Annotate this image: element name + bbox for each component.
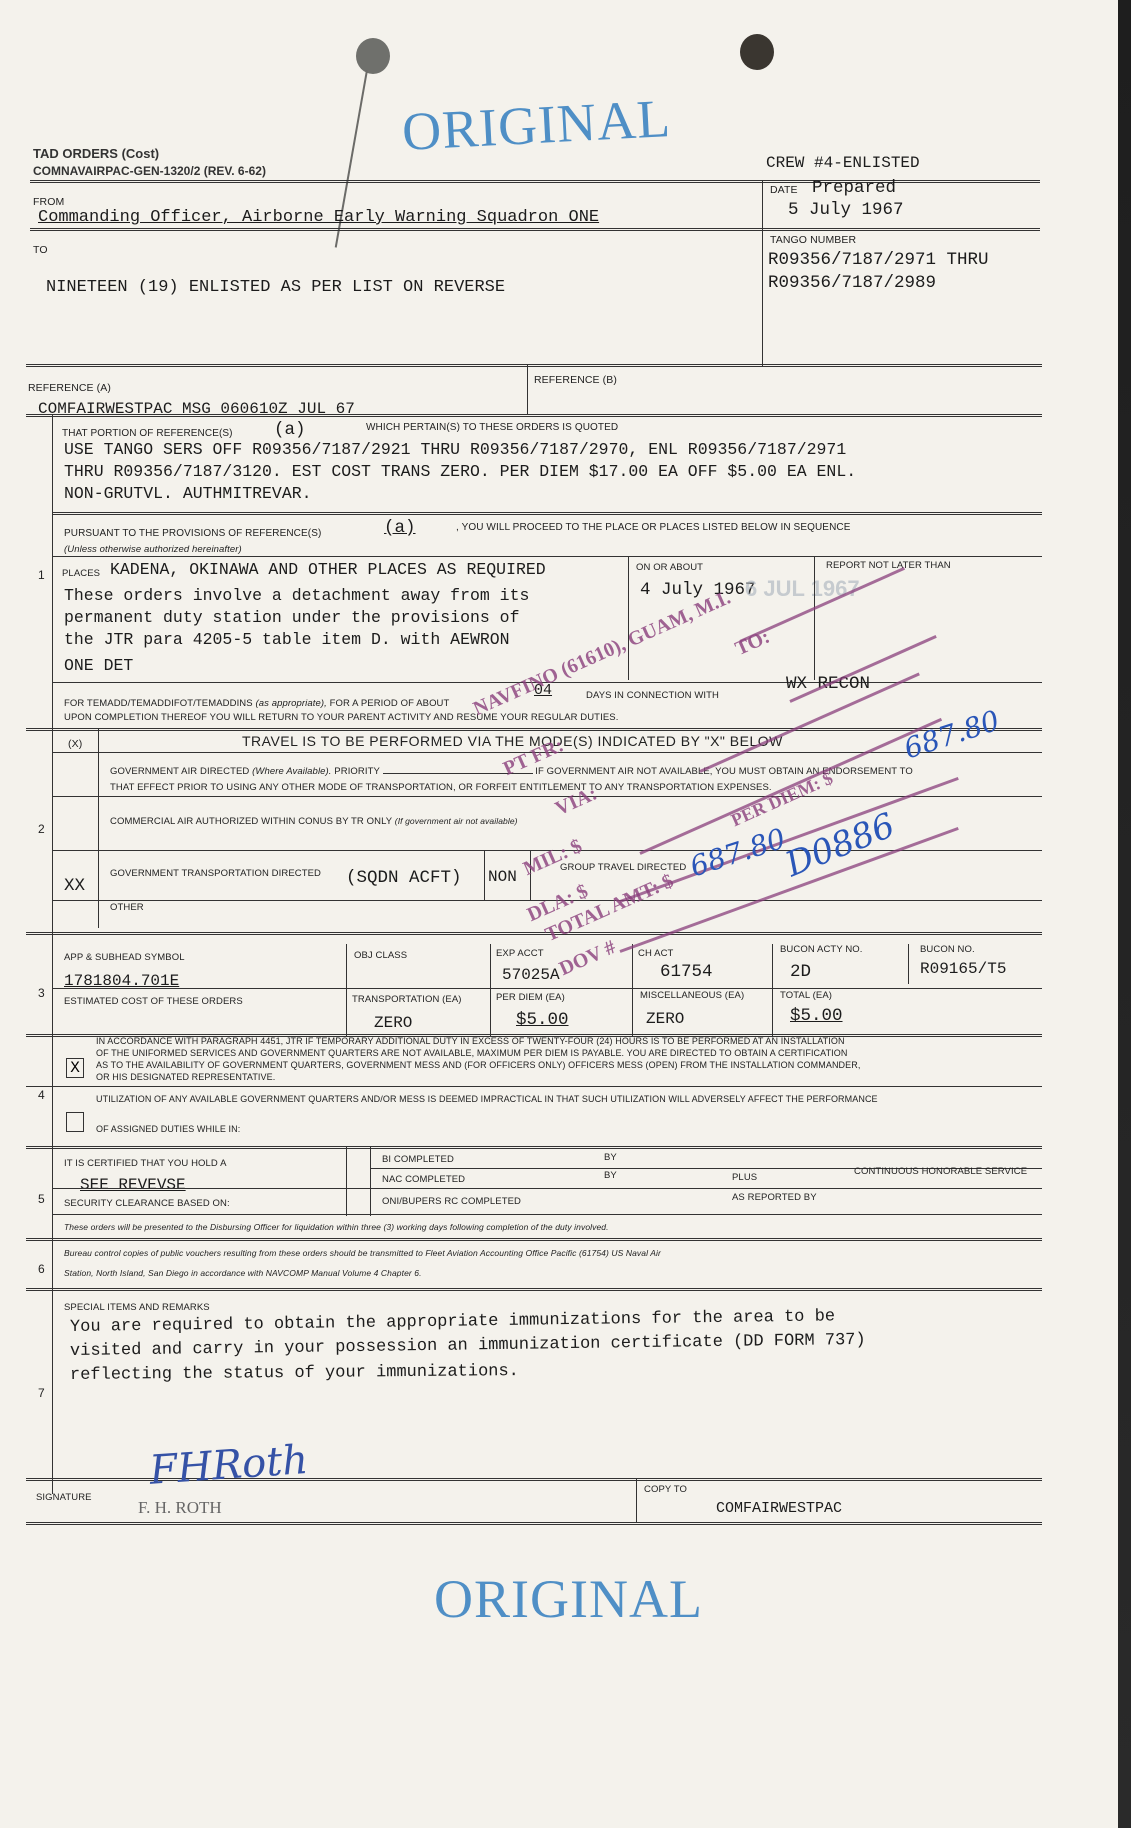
rule-acct bbox=[52, 988, 1042, 989]
other-label: OTHER bbox=[110, 902, 144, 913]
places-line2: These orders involve a detachment away f… bbox=[64, 586, 529, 605]
priority-label: PRIORITY bbox=[334, 766, 380, 777]
misc-label: MISCELLANEOUS (ea) bbox=[640, 990, 744, 1001]
rule-period bbox=[26, 728, 1042, 731]
handwritten-signature: FHRoth bbox=[148, 1437, 309, 1494]
period-label-text-c: FOR A PERIOD OF ABOUT bbox=[330, 698, 450, 709]
divider-report bbox=[814, 556, 815, 680]
divider-section5b bbox=[370, 1146, 371, 1216]
bucon-no-value: R09165/T5 bbox=[920, 960, 1006, 978]
para1-line1: IN ACCORDANCE WITH PARAGRAPH 4451, JTR I… bbox=[96, 1036, 845, 1046]
exp-value: 57025A bbox=[502, 966, 560, 984]
certified-value: SEE REVEVSE bbox=[80, 1176, 186, 1194]
commercial-note: (If government air not available) bbox=[395, 816, 518, 826]
rule-section4-end bbox=[26, 1146, 1042, 1149]
on-or-about-label: ON OR ABOUT bbox=[636, 562, 703, 573]
clearance-label: SECURITY CLEARANCE BASED ON: bbox=[64, 1198, 230, 1209]
divider-on-or-about bbox=[628, 556, 629, 680]
total-label: TOTAL (ea) bbox=[780, 990, 832, 1001]
ch-value: 61754 bbox=[660, 962, 713, 982]
plus-label: PLUS bbox=[732, 1172, 757, 1183]
handwritten-per-diem: 687.80 bbox=[900, 704, 1003, 766]
reported-by-label: AS REPORTED BY bbox=[732, 1192, 817, 1203]
gov-trans-mark: XX bbox=[64, 876, 85, 896]
x-column-header: (X) bbox=[68, 738, 82, 750]
rule-travel-end bbox=[26, 932, 1042, 935]
handwritten-dov: D0886 bbox=[780, 805, 900, 885]
divider-section5 bbox=[346, 1146, 347, 1216]
ch-label: CH ACT bbox=[638, 948, 673, 959]
para1-line2: OF THE UNIFORMED SERVICES AND GOVERNMENT… bbox=[96, 1048, 848, 1058]
by-label-2: BY bbox=[604, 1170, 617, 1181]
impractical-checkbox[interactable] bbox=[66, 1112, 84, 1132]
gov-air-label: GOVERNMENT AIR DIRECTED bbox=[110, 766, 249, 777]
stamp-dov: DOV # bbox=[556, 936, 619, 981]
from-label: FROM bbox=[33, 196, 64, 208]
divider-bucon-acty bbox=[772, 944, 773, 1036]
rule-section5-end bbox=[26, 1238, 1042, 1241]
report-not-later-label: REPORT NOT LATER THAN bbox=[826, 560, 951, 571]
remarks-line3: reflecting the status of your immunizati… bbox=[70, 1362, 519, 1385]
section-number-1: 1 bbox=[38, 568, 45, 582]
transport-label: TRANSPORTATION (ea) bbox=[352, 994, 462, 1005]
certified-label: IT IS CERTIFIED THAT YOU HOLD A bbox=[64, 1158, 227, 1169]
remarks-label: SPECIAL ITEMS AND REMARKS bbox=[64, 1302, 210, 1313]
gov-air-note: (Where Available). bbox=[252, 766, 331, 777]
period-label-a: FOR TEMADD/TEMADDIFOT/TEMADDINS (as appr… bbox=[64, 698, 449, 709]
para2-line1: UTILIZATION OF ANY AVAILABLE GOVERNMENT … bbox=[96, 1094, 878, 1104]
copy-to-label: COPY TO bbox=[644, 1484, 687, 1495]
punch-hole-right bbox=[740, 34, 774, 70]
places-label: PLACES bbox=[62, 568, 100, 579]
to-value: NINETEEN (19) ENLISTED AS PER LIST ON RE… bbox=[46, 278, 505, 297]
remarks-line2: visited and carry in your possession an … bbox=[70, 1331, 866, 1361]
date-line1: Prepared bbox=[812, 178, 896, 198]
section6-line1: Bureau control copies of public vouchers… bbox=[64, 1248, 661, 1258]
divider-x-col bbox=[98, 728, 99, 928]
misc-value: ZERO bbox=[646, 1010, 684, 1028]
section-number-2: 2 bbox=[38, 822, 45, 836]
form-number: COMNAVAIRPAC-GEN-1320/2 (REV. 6-62) bbox=[33, 164, 266, 178]
reference-a-label: REFERENCE (a) bbox=[28, 382, 111, 394]
rule-quoted bbox=[52, 512, 1042, 515]
transport-value: ZERO bbox=[374, 1014, 412, 1032]
quarters-cert-checkbox[interactable]: X bbox=[66, 1058, 84, 1078]
quoted-line1: USE TANGO SERS OFF R09356/7187/2921 THRU… bbox=[64, 440, 846, 459]
reference-b-label: REFERENCE (b) bbox=[534, 374, 617, 386]
bucon-no-label: BUCON NO. bbox=[920, 944, 975, 955]
rule-nac bbox=[52, 1188, 1042, 1189]
form-title: TAD ORDERS (Cost) bbox=[33, 146, 159, 161]
pursuant-label-left: PURSUANT TO THE PROVISIONS OF REFERENCE(… bbox=[64, 528, 321, 539]
rule-section6-end bbox=[26, 1288, 1042, 1291]
date-label: DATE bbox=[770, 184, 798, 196]
commercial-label: COMMERCIAL AIR AUTHORIZED WITHIN CONUS B… bbox=[110, 816, 392, 827]
section6-line2: Station, North Island, San Diego in acco… bbox=[64, 1268, 422, 1278]
divider-ref bbox=[527, 364, 528, 414]
rule-signature-end bbox=[26, 1522, 1042, 1525]
rule-section4-mid bbox=[26, 1086, 1042, 1087]
rule-to bbox=[26, 364, 1042, 367]
section-number-7: 7 bbox=[38, 1386, 45, 1400]
original-stamp-top: ORIGINAL bbox=[401, 87, 673, 163]
bucon-acty-value: 2D bbox=[790, 962, 811, 982]
by-label-1: BY bbox=[604, 1152, 617, 1163]
on-or-about-value: 4 July 1967 bbox=[640, 580, 756, 600]
days-label: DAYS IN CONNECTION WITH bbox=[586, 690, 719, 701]
section-number-5: 5 bbox=[38, 1192, 45, 1206]
places-line4: the JTR para 4205-5 table item D. with A… bbox=[64, 630, 510, 649]
gov-trans-label: GOVERNMENT TRANSPORTATION DIRECTED bbox=[110, 868, 321, 879]
gov-trans-value: (SQDN ACFT) bbox=[346, 868, 462, 888]
exp-label: EXP ACCT bbox=[496, 948, 544, 959]
period-label-text-a: FOR TEMADD/TEMADDIFOT/TEMADDINS bbox=[64, 698, 253, 709]
date-line2: 5 July 1967 bbox=[788, 200, 904, 220]
stamp-mil: MIL: $ bbox=[520, 835, 586, 881]
section-number-4: 4 bbox=[38, 1088, 45, 1102]
return-text: UPON COMPLETION THEREOF YOU WILL RETURN … bbox=[64, 712, 618, 723]
nac-completed-label: NAC COMPLETED bbox=[382, 1174, 465, 1185]
quoted-label-left: THAT PORTION OF REFERENCE(S) bbox=[62, 428, 233, 439]
est-cost-label: ESTIMATED COST OF THESE ORDERS bbox=[64, 996, 243, 1007]
divider-copy bbox=[636, 1478, 637, 1522]
quoted-label-right: WHICH PERTAIN(S) TO THESE ORDERS IS QUOT… bbox=[366, 422, 618, 433]
period-label-text-b: (as appropriate), bbox=[255, 698, 326, 709]
para1-line3: AS TO THE AVAILABILITY OF GOVERNMENT QUA… bbox=[96, 1060, 860, 1070]
tango-line2: R09356/7187/2989 bbox=[768, 273, 936, 293]
gov-air-line2: THAT EFFECT PRIOR TO USING ANY OTHER MOD… bbox=[110, 782, 772, 793]
copy-to-value: COMFAIRWESTPAC bbox=[716, 1500, 842, 1517]
divider-bucon-no bbox=[908, 944, 909, 984]
quoted-line3: NON-GRUTVL. AUTHMITREVAR. bbox=[64, 484, 312, 503]
signer-name: F. H. ROTH bbox=[138, 1498, 222, 1518]
document-page: ORIGINAL TAD ORDERS (Cost) COMNAVAIRPAC-… bbox=[0, 0, 1118, 1828]
rule-oni bbox=[52, 1214, 1042, 1215]
crew-label: CREW #4-ENLISTED bbox=[766, 154, 920, 172]
pursuant-label-right: , YOU WILL PROCEED TO THE PLACE OR PLACE… bbox=[456, 522, 850, 533]
quoted-line2: THRU R09356/7187/3120. EST COST TRANS ZE… bbox=[64, 462, 856, 481]
stamp-per-diem: PER DIEM: $ bbox=[728, 768, 836, 832]
to-label: TO bbox=[33, 244, 48, 256]
body-border-left bbox=[52, 414, 53, 1494]
rule-from bbox=[30, 228, 1040, 231]
section-number-6: 6 bbox=[38, 1262, 45, 1276]
per-diem-label: PER DIEM (ea) bbox=[496, 992, 565, 1003]
from-value: Commanding Officer, Airborne Early Warni… bbox=[38, 208, 599, 227]
total-value: $5.00 bbox=[790, 1006, 843, 1026]
per-diem-value: $5.00 bbox=[516, 1010, 569, 1030]
original-stamp-bottom: ORIGINAL bbox=[434, 1568, 703, 1630]
oni-label: ONI/BUPERS RC COMPLETED bbox=[382, 1196, 521, 1207]
app-label: APP & SUBHEAD SYMBOL bbox=[64, 952, 185, 963]
places-line3: permanent duty station under the provisi… bbox=[64, 608, 519, 627]
handwritten-total: 687.80 bbox=[686, 822, 789, 884]
commercial-line: COMMERCIAL AIR AUTHORIZED WITHIN CONUS B… bbox=[110, 816, 518, 827]
places-line5: ONE DET bbox=[64, 656, 133, 675]
received-date-stamp: 6 JUL 1967 bbox=[745, 576, 860, 602]
continuous-service-label: CONTINUOUS HONORABLE SERVICE bbox=[854, 1166, 1027, 1177]
bucon-acty-label: BUCON ACTY NO. bbox=[780, 944, 863, 955]
divider-exp bbox=[490, 944, 491, 1036]
section-number-3: 3 bbox=[38, 986, 45, 1000]
divider-date bbox=[762, 180, 763, 366]
punch-hole-left bbox=[356, 38, 390, 74]
tango-label: TANGO NUMBER bbox=[770, 234, 856, 246]
pursuant-ref: (a) bbox=[384, 518, 416, 538]
divider-non bbox=[484, 850, 485, 900]
divider-ch bbox=[632, 944, 633, 1036]
rule-gov-air bbox=[52, 796, 1042, 797]
places-line1: KADENA, OKINAWA AND OTHER PLACES AS REQU… bbox=[110, 560, 546, 579]
divider-obj bbox=[346, 944, 347, 1036]
bi-completed-label: BI COMPLETED bbox=[382, 1154, 454, 1165]
gov-air-rest: IF GOVERNMENT AIR NOT AVAILABLE, YOU MUS… bbox=[535, 766, 913, 777]
rule-ref bbox=[26, 414, 1042, 417]
quoted-ref: (a) bbox=[274, 420, 306, 440]
pursuant-note: (Unless otherwise authorized hereinafter… bbox=[64, 544, 242, 555]
tango-line1: R09356/7187/2971 THRU bbox=[768, 250, 989, 270]
liquidation-note: These orders will be presented to the Di… bbox=[64, 1222, 609, 1232]
obj-label: OBJ CLASS bbox=[354, 950, 407, 961]
signature-label: SIGNATURE bbox=[36, 1492, 92, 1503]
non-label: NON bbox=[488, 868, 517, 886]
para1-line4: OR HIS DESIGNATED REPRESENTATIVE. bbox=[96, 1072, 275, 1082]
rule-pursuant bbox=[52, 556, 1042, 557]
travel-title: TRAVEL IS TO BE PERFORMED VIA THE MODE(S… bbox=[242, 733, 783, 749]
para2-line2: OF ASSIGNED DUTIES WHILE IN: bbox=[96, 1124, 240, 1134]
